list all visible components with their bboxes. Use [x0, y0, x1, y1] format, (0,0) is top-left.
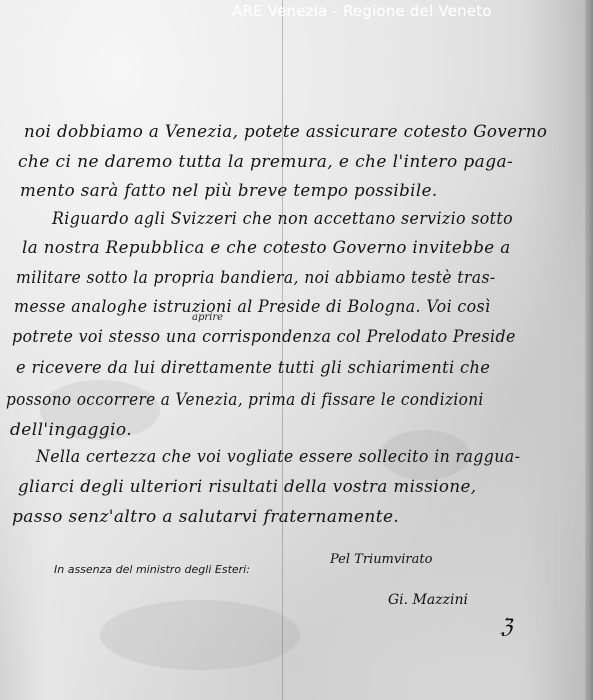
letter-line: Nella certezza che voi vogliate essere s… — [36, 447, 520, 467]
letter-line: mento sarà fatto nel più breve tempo pos… — [20, 181, 438, 201]
paper-stain — [100, 600, 300, 670]
signature-flourish: ℨ — [500, 614, 512, 638]
letter-line: Riguardo agli Svizzeri che non accettano… — [52, 209, 513, 229]
page-fold-line — [282, 0, 283, 700]
letter-line: potrete voi stesso una corrispondenza co… — [12, 327, 516, 347]
letter-line: possono occorrere a Venezia, prima di fi… — [6, 390, 484, 410]
letter-line: dell'ingaggio. — [10, 420, 132, 440]
letter-line: che ci ne daremo tutta la premura, e che… — [18, 152, 513, 172]
letter-line: militare sotto la propria bandiera, noi … — [16, 268, 496, 288]
letter-line: noi dobbiamo a Venezia, potete assicurar… — [24, 122, 547, 142]
archive-watermark: ARE Venezia - Regione del Veneto — [232, 2, 492, 20]
letter-line: gliarci degli ulteriori risultati della … — [18, 477, 476, 497]
page-edge-shadow — [585, 0, 593, 700]
signature: Gi. Mazzini — [388, 592, 468, 608]
triumvirate-heading: Pel Triumvirato — [330, 552, 432, 567]
letter-line: e ricevere da lui direttamente tutti gli… — [16, 358, 490, 378]
letter-line: la nostra Repubblica e che cotesto Gover… — [22, 238, 511, 258]
absence-note: In assenza del ministro degli Esteri: — [54, 563, 250, 576]
letter-line: passo senz'altro a salutarvi fraternamen… — [12, 507, 399, 527]
document-page: ARE Venezia - Regione del Veneto noi dob… — [0, 0, 593, 700]
letter-line: messe analoghe istruzioni al Preside di … — [14, 297, 490, 317]
interlinear-insertion: aprire — [192, 312, 223, 323]
